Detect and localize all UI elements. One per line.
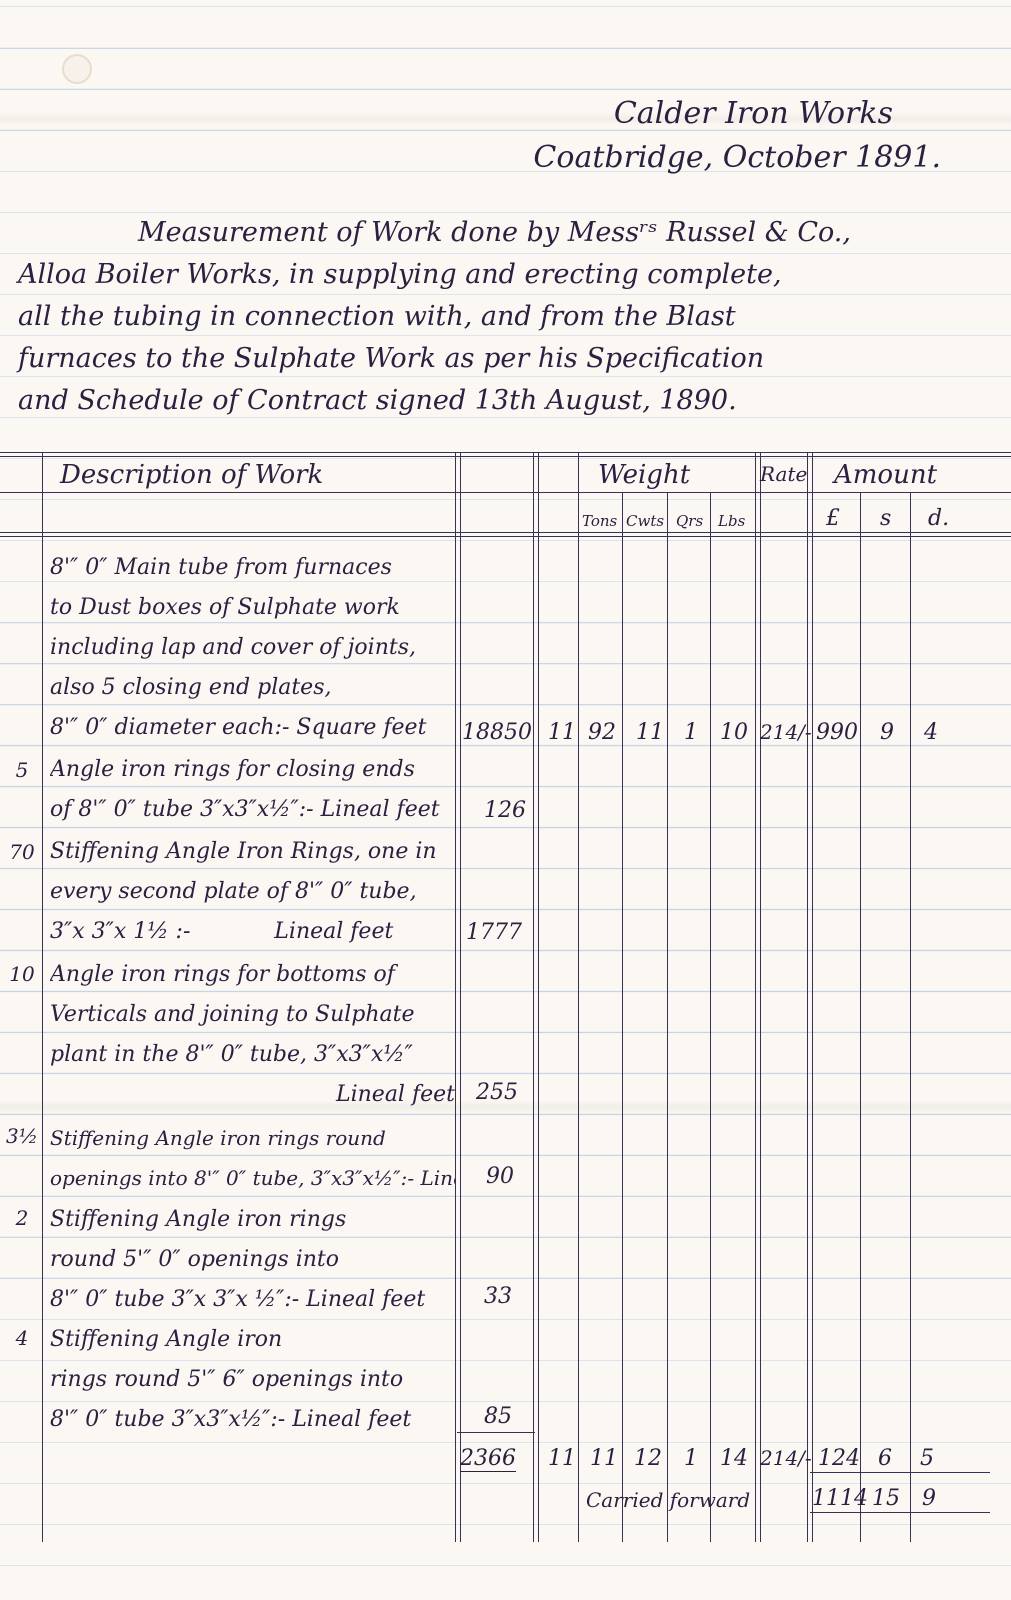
column-rule (578, 452, 579, 1542)
total-shillings: 6 (878, 1446, 892, 1471)
heading-works-name: Calder Iron Works (614, 96, 893, 131)
cell-measure: 1777 (466, 920, 522, 945)
cell-col-a: 11 (548, 720, 576, 745)
subheader-pounds: £ (826, 506, 840, 531)
cell-measure: 90 (486, 1164, 514, 1189)
cell-pounds: 990 (816, 720, 858, 745)
header-rate: Rate (760, 462, 807, 486)
heading-place-date: Coatbridge, October 1891. (533, 140, 941, 175)
cell-measure: 33 (484, 1284, 512, 1309)
carried-forward-shillings: 15 (872, 1486, 900, 1511)
cell-lbs: 10 (720, 720, 748, 745)
total-pence: 5 (920, 1446, 934, 1471)
intro-line: furnaces to the Sulphate Work as per his… (18, 338, 993, 380)
column-rule (807, 452, 813, 1542)
column-rule (860, 492, 861, 1542)
table-top-rule (0, 452, 1011, 453)
table-row-item-3: Stiffening Angle Iron Rings, one in ever… (50, 832, 455, 952)
subheader-lbs: Lbs (718, 512, 745, 530)
total-lbs: 14 (720, 1446, 748, 1471)
cell-measure: 18850 (462, 720, 532, 745)
subheader-shillings: s (880, 506, 891, 531)
total-rate: 214/- (760, 1446, 812, 1470)
cell-qrs: 1 (684, 720, 698, 745)
total-rule (810, 1512, 990, 1513)
cell-quantity: 10 (4, 962, 40, 986)
header-amount: Amount (834, 460, 937, 490)
subheader-cwts: Cwts (626, 512, 664, 530)
total-tons: 11 (590, 1446, 618, 1471)
column-rule (42, 452, 43, 1542)
subtotal-rule (810, 1472, 990, 1473)
intro-line: Measurement of Work done by Messʳˢ Russe… (18, 212, 993, 254)
cell-measure: 85 (484, 1404, 512, 1429)
column-rule (710, 492, 711, 1542)
subheader-tons: Tons (582, 512, 617, 530)
intro-line: Alloa Boiler Works, in supplying and ere… (18, 254, 993, 296)
total-pounds: 124 (818, 1446, 860, 1471)
table-row-item-1: 8'″ 0″ Main tube from furnaces to Dust b… (50, 548, 455, 748)
cell-shillings: 9 (880, 720, 894, 745)
cell-cwts: 11 (636, 720, 664, 745)
cell-quantity: 3½ (4, 1124, 40, 1148)
carried-forward-pence: 9 (922, 1486, 936, 1511)
table-row-item-7: Stiffening Angle iron rings round 5'″ 6″… (50, 1320, 455, 1440)
table-row-item-5: Stiffening Angle iron rings round openin… (50, 1118, 455, 1198)
header-description: Description of Work (60, 460, 323, 490)
cell-quantity: 2 (4, 1206, 40, 1230)
cell-quantity: 4 (4, 1326, 40, 1350)
cell-tons: 92 (588, 720, 616, 745)
column-rule (755, 452, 761, 1542)
cell-rate: 214/- (760, 720, 812, 744)
column-rule (910, 492, 911, 1542)
punch-hole (62, 54, 92, 84)
cell-quantity: 5 (4, 758, 40, 782)
cell-pence: 4 (924, 720, 938, 745)
column-rule (667, 492, 668, 1542)
table-top-rule (0, 456, 1011, 457)
total-measure: 2366 (460, 1446, 516, 1472)
table-row-item-6: Stiffening Angle iron rings round 5'″ 0″… (50, 1200, 455, 1320)
carried-forward-label: Carried forward (586, 1488, 750, 1512)
total-col-a: 11 (548, 1446, 576, 1471)
column-rule (533, 452, 539, 1542)
column-rule (455, 452, 461, 1542)
cell-quantity: 70 (4, 840, 40, 864)
intro-line: and Schedule of Contract signed 13th Aug… (18, 380, 993, 422)
column-rule (622, 492, 623, 1542)
intro-paragraph: Measurement of Work done by Messʳˢ Russe… (18, 212, 993, 422)
subheader-pence: d. (928, 506, 949, 531)
subheader-qrs: Qrs (676, 512, 703, 530)
header-weight: Weight (598, 460, 690, 490)
total-cwts: 12 (634, 1446, 662, 1471)
table-row-item-4: Angle iron rings for bottoms of Vertical… (50, 955, 455, 1115)
cell-measure: 255 (476, 1080, 518, 1105)
intro-line: all the tubing in connection with, and f… (18, 296, 993, 338)
carried-forward-pounds: 1114 (812, 1486, 868, 1511)
total-qrs: 1 (684, 1446, 698, 1471)
cell-measure: 126 (484, 798, 526, 823)
subtotal-rule (457, 1432, 535, 1433)
table-row-item-2: Angle iron rings for closing ends of 8'″… (50, 750, 455, 830)
